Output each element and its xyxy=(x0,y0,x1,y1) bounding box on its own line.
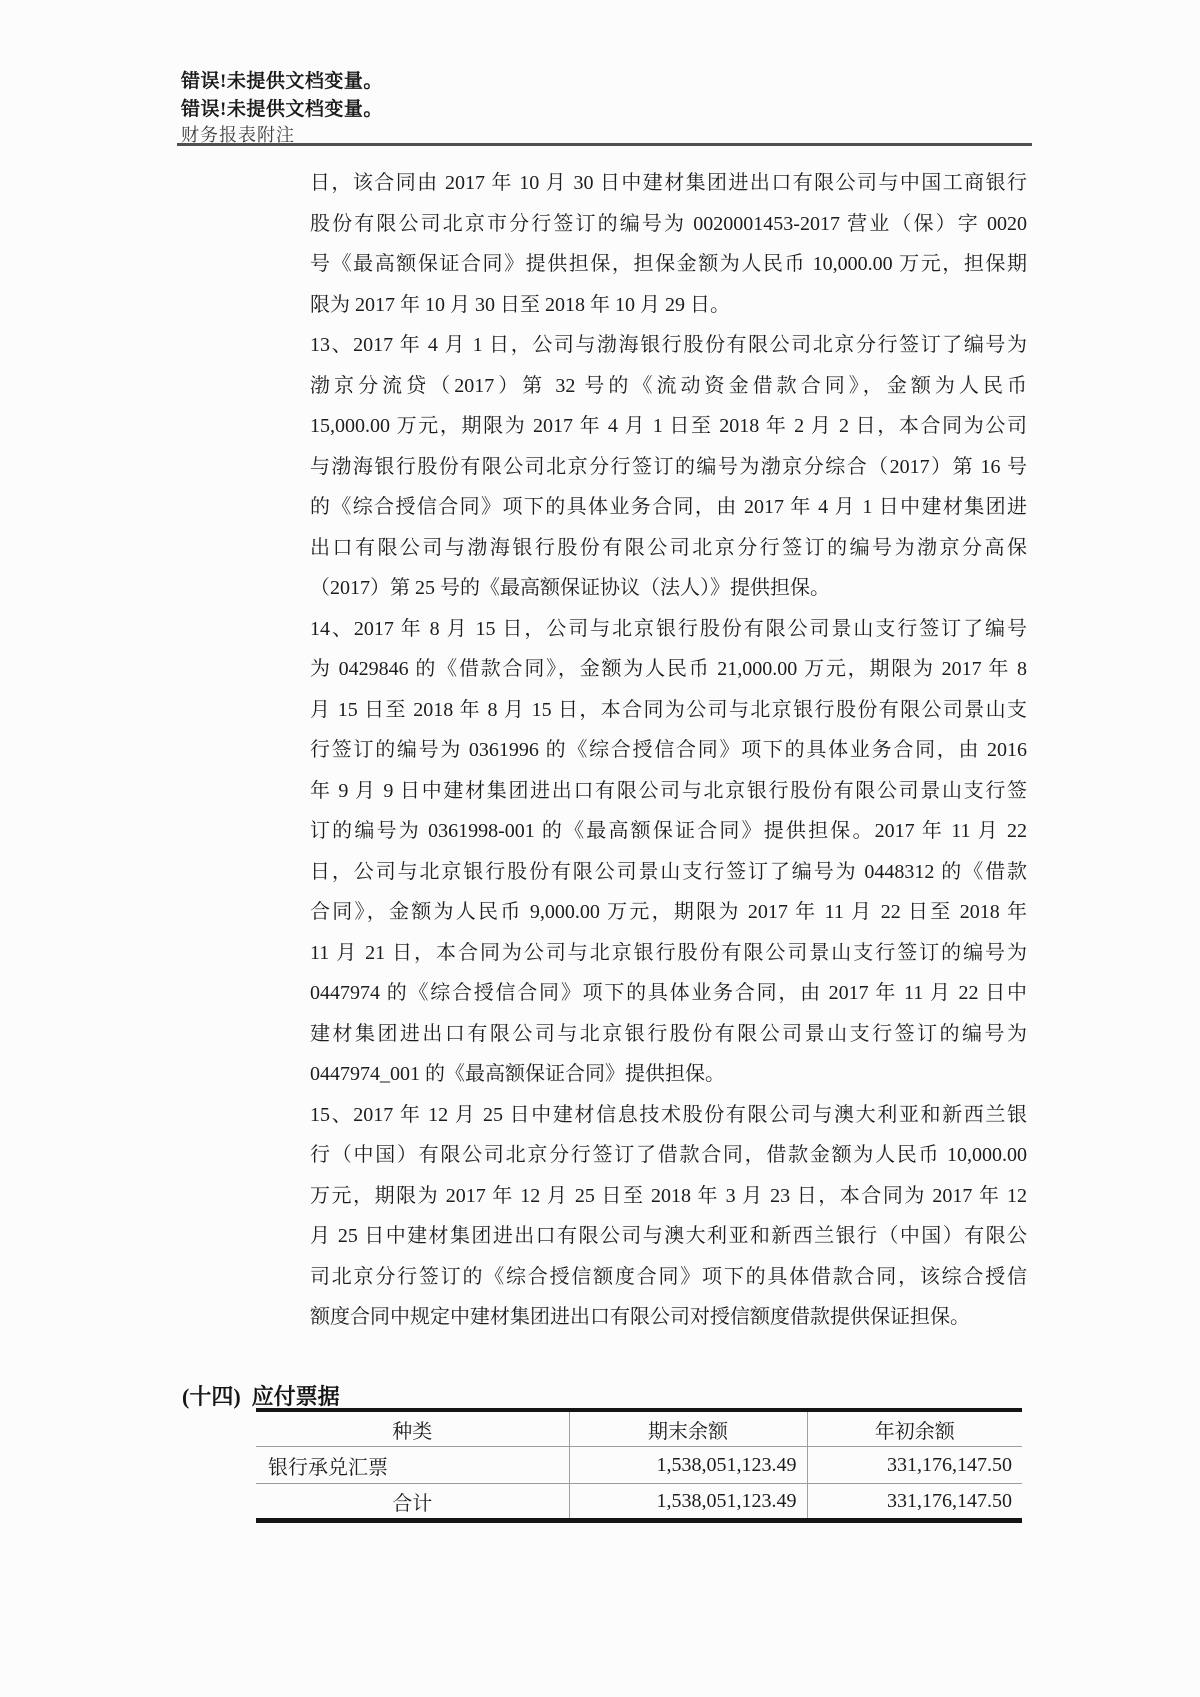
text-line: 行签订的编号为 0361996 的《综合授信合同》项下的具体业务合同，由 201… xyxy=(310,730,1027,771)
text-line: 与渤海银行股份有限公司北京分行签订的编号为渤京分综合（2017）第 16 号 xyxy=(310,447,1027,488)
column-header: 期末余额 xyxy=(569,1410,807,1447)
text-line: 额度合同中规定中建材集团进出口有限公司对授信额度借款提供保证担保。 xyxy=(310,1297,1027,1338)
notes-payable-table: 种类期末余额年初余额银行承兑汇票1,538,051,123.49331,176,… xyxy=(256,1408,1022,1523)
text-line: 建材集团进出口有限公司与北京银行股份有限公司景山支行签订的编号为 xyxy=(310,1014,1027,1055)
header-rule xyxy=(177,143,1032,146)
page-header: 错误!未提供文档变量。 错误!未提供文档变量。 财务报表附注 xyxy=(181,68,383,146)
text-line: 15、2017 年 12 月 25 日中建材信息技术股份有限公司与澳大利亚和新西… xyxy=(310,1095,1027,1136)
text-line: 日，公司与北京银行股份有限公司景山支行签订了编号为 0448312 的《借款 xyxy=(310,852,1027,893)
text-line: 月 25 日中建材集团进出口有限公司与澳大利亚和新西兰银行（中国）有限公 xyxy=(310,1216,1027,1257)
paragraph: 15、2017 年 12 月 25 日中建材信息技术股份有限公司与澳大利亚和新西… xyxy=(310,1095,1027,1338)
text-line: 0447974_001 的《最高额保证合同》提供担保。 xyxy=(310,1054,1027,1095)
document-body-text: 日，该合同由 2017 年 10 月 30 日中建材集团进出口有限公司与中国工商… xyxy=(310,163,1027,1338)
table-cell: 银行承兑汇票 xyxy=(256,1447,569,1484)
text-line: 日，该合同由 2017 年 10 月 30 日中建材集团进出口有限公司与中国工商… xyxy=(310,163,1027,204)
header-error-line-2: 错误!未提供文档变量。 xyxy=(181,96,383,124)
text-line: 13、2017 年 4 月 1 日，公司与渤海银行股份有限公司北京分行签订了编号… xyxy=(310,325,1027,366)
section-number: (十四) xyxy=(182,1384,241,1409)
text-line: 出口有限公司与渤海银行股份有限公司北京分行签订的编号为渤京分高保 xyxy=(310,528,1027,569)
text-line: 司北京分行签订的《综合授信额度合同》项下的具体借款合同，该综合授信 xyxy=(310,1257,1027,1298)
text-line: 渤京分流贷（2017）第 32 号的《流动资金借款合同》，金额为人民币 xyxy=(310,366,1027,407)
text-line: 年 9 月 9 日中建材集团进出口有限公司与北京银行股份有限公司景山支行签 xyxy=(310,771,1027,812)
text-line: 合同》，金额为人民币 9,000.00 万元，期限为 2017 年 11 月 2… xyxy=(310,892,1027,933)
paragraph: 13、2017 年 4 月 1 日，公司与渤海银行股份有限公司北京分行签订了编号… xyxy=(310,325,1027,609)
text-line: 0447974 的《综合授信合同》项下的具体业务合同，由 2017 年 11 月… xyxy=(310,973,1027,1014)
text-line: 11 月 21 日，本合同为公司与北京银行股份有限公司景山支行签订的编号为 xyxy=(310,933,1027,974)
paragraph: 日，该合同由 2017 年 10 月 30 日中建材集团进出口有限公司与中国工商… xyxy=(310,163,1027,325)
column-header: 种类 xyxy=(256,1410,569,1447)
text-line: 万元，期限为 2017 年 12 月 25 日至 2018 年 3 月 23 日… xyxy=(310,1176,1027,1217)
text-line: 15,000.00 万元，期限为 2017 年 4 月 1 日至 2018 年 … xyxy=(310,406,1027,447)
header-error-line-1: 错误!未提供文档变量。 xyxy=(181,68,383,96)
document-page: 错误!未提供文档变量。 错误!未提供文档变量。 财务报表附注 日，该合同由 20… xyxy=(0,0,1200,1697)
text-line: 限为 2017 年 10 月 30 日至 2018 年 10 月 29 日。 xyxy=(310,285,1027,326)
table-total-row: 合计1,538,051,123.49331,176,147.50 xyxy=(256,1484,1022,1521)
table-cell: 331,176,147.50 xyxy=(807,1484,1022,1521)
text-line: 订的编号为 0361998-001 的《最高额保证合同》提供担保。2017 年 … xyxy=(310,811,1027,852)
text-line: 行（中国）有限公司北京分行签订了借款合同，借款金额为人民币 10,000.00 xyxy=(310,1135,1027,1176)
text-line: 为 0429846 的《借款合同》，金额为人民币 21,000.00 万元，期限… xyxy=(310,649,1027,690)
text-line: 股份有限公司北京市分行签订的编号为 0020001453-2017 营业（保）字… xyxy=(310,204,1027,245)
table-header-row: 种类期末余额年初余额 xyxy=(256,1410,1022,1447)
table-cell: 1,538,051,123.49 xyxy=(569,1484,807,1521)
table-cell: 合计 xyxy=(256,1484,569,1521)
text-line: 月 15 日至 2018 年 8 月 15 日，本合同为公司与北京银行股份有限公… xyxy=(310,690,1027,731)
section-title: 应付票据 xyxy=(252,1384,340,1409)
paragraph: 14、2017 年 8 月 15 日，公司与北京银行股份有限公司景山支行签订了编… xyxy=(310,609,1027,1095)
text-line: 14、2017 年 8 月 15 日，公司与北京银行股份有限公司景山支行签订了编… xyxy=(310,609,1027,650)
column-header: 年初余额 xyxy=(807,1410,1022,1447)
table-cell: 331,176,147.50 xyxy=(807,1447,1022,1484)
table-cell: 1,538,051,123.49 xyxy=(569,1447,807,1484)
text-line: （2017）第 25 号的《最高额保证协议（法人）》提供担保。 xyxy=(310,568,1027,609)
table-row: 银行承兑汇票1,538,051,123.49331,176,147.50 xyxy=(256,1447,1022,1484)
text-line: 的《综合授信合同》项下的具体业务合同，由 2017 年 4 月 1 日中建材集团… xyxy=(310,487,1027,528)
text-line: 号《最高额保证合同》提供担保，担保金额为人民币 10,000.00 万元，担保期 xyxy=(310,244,1027,285)
